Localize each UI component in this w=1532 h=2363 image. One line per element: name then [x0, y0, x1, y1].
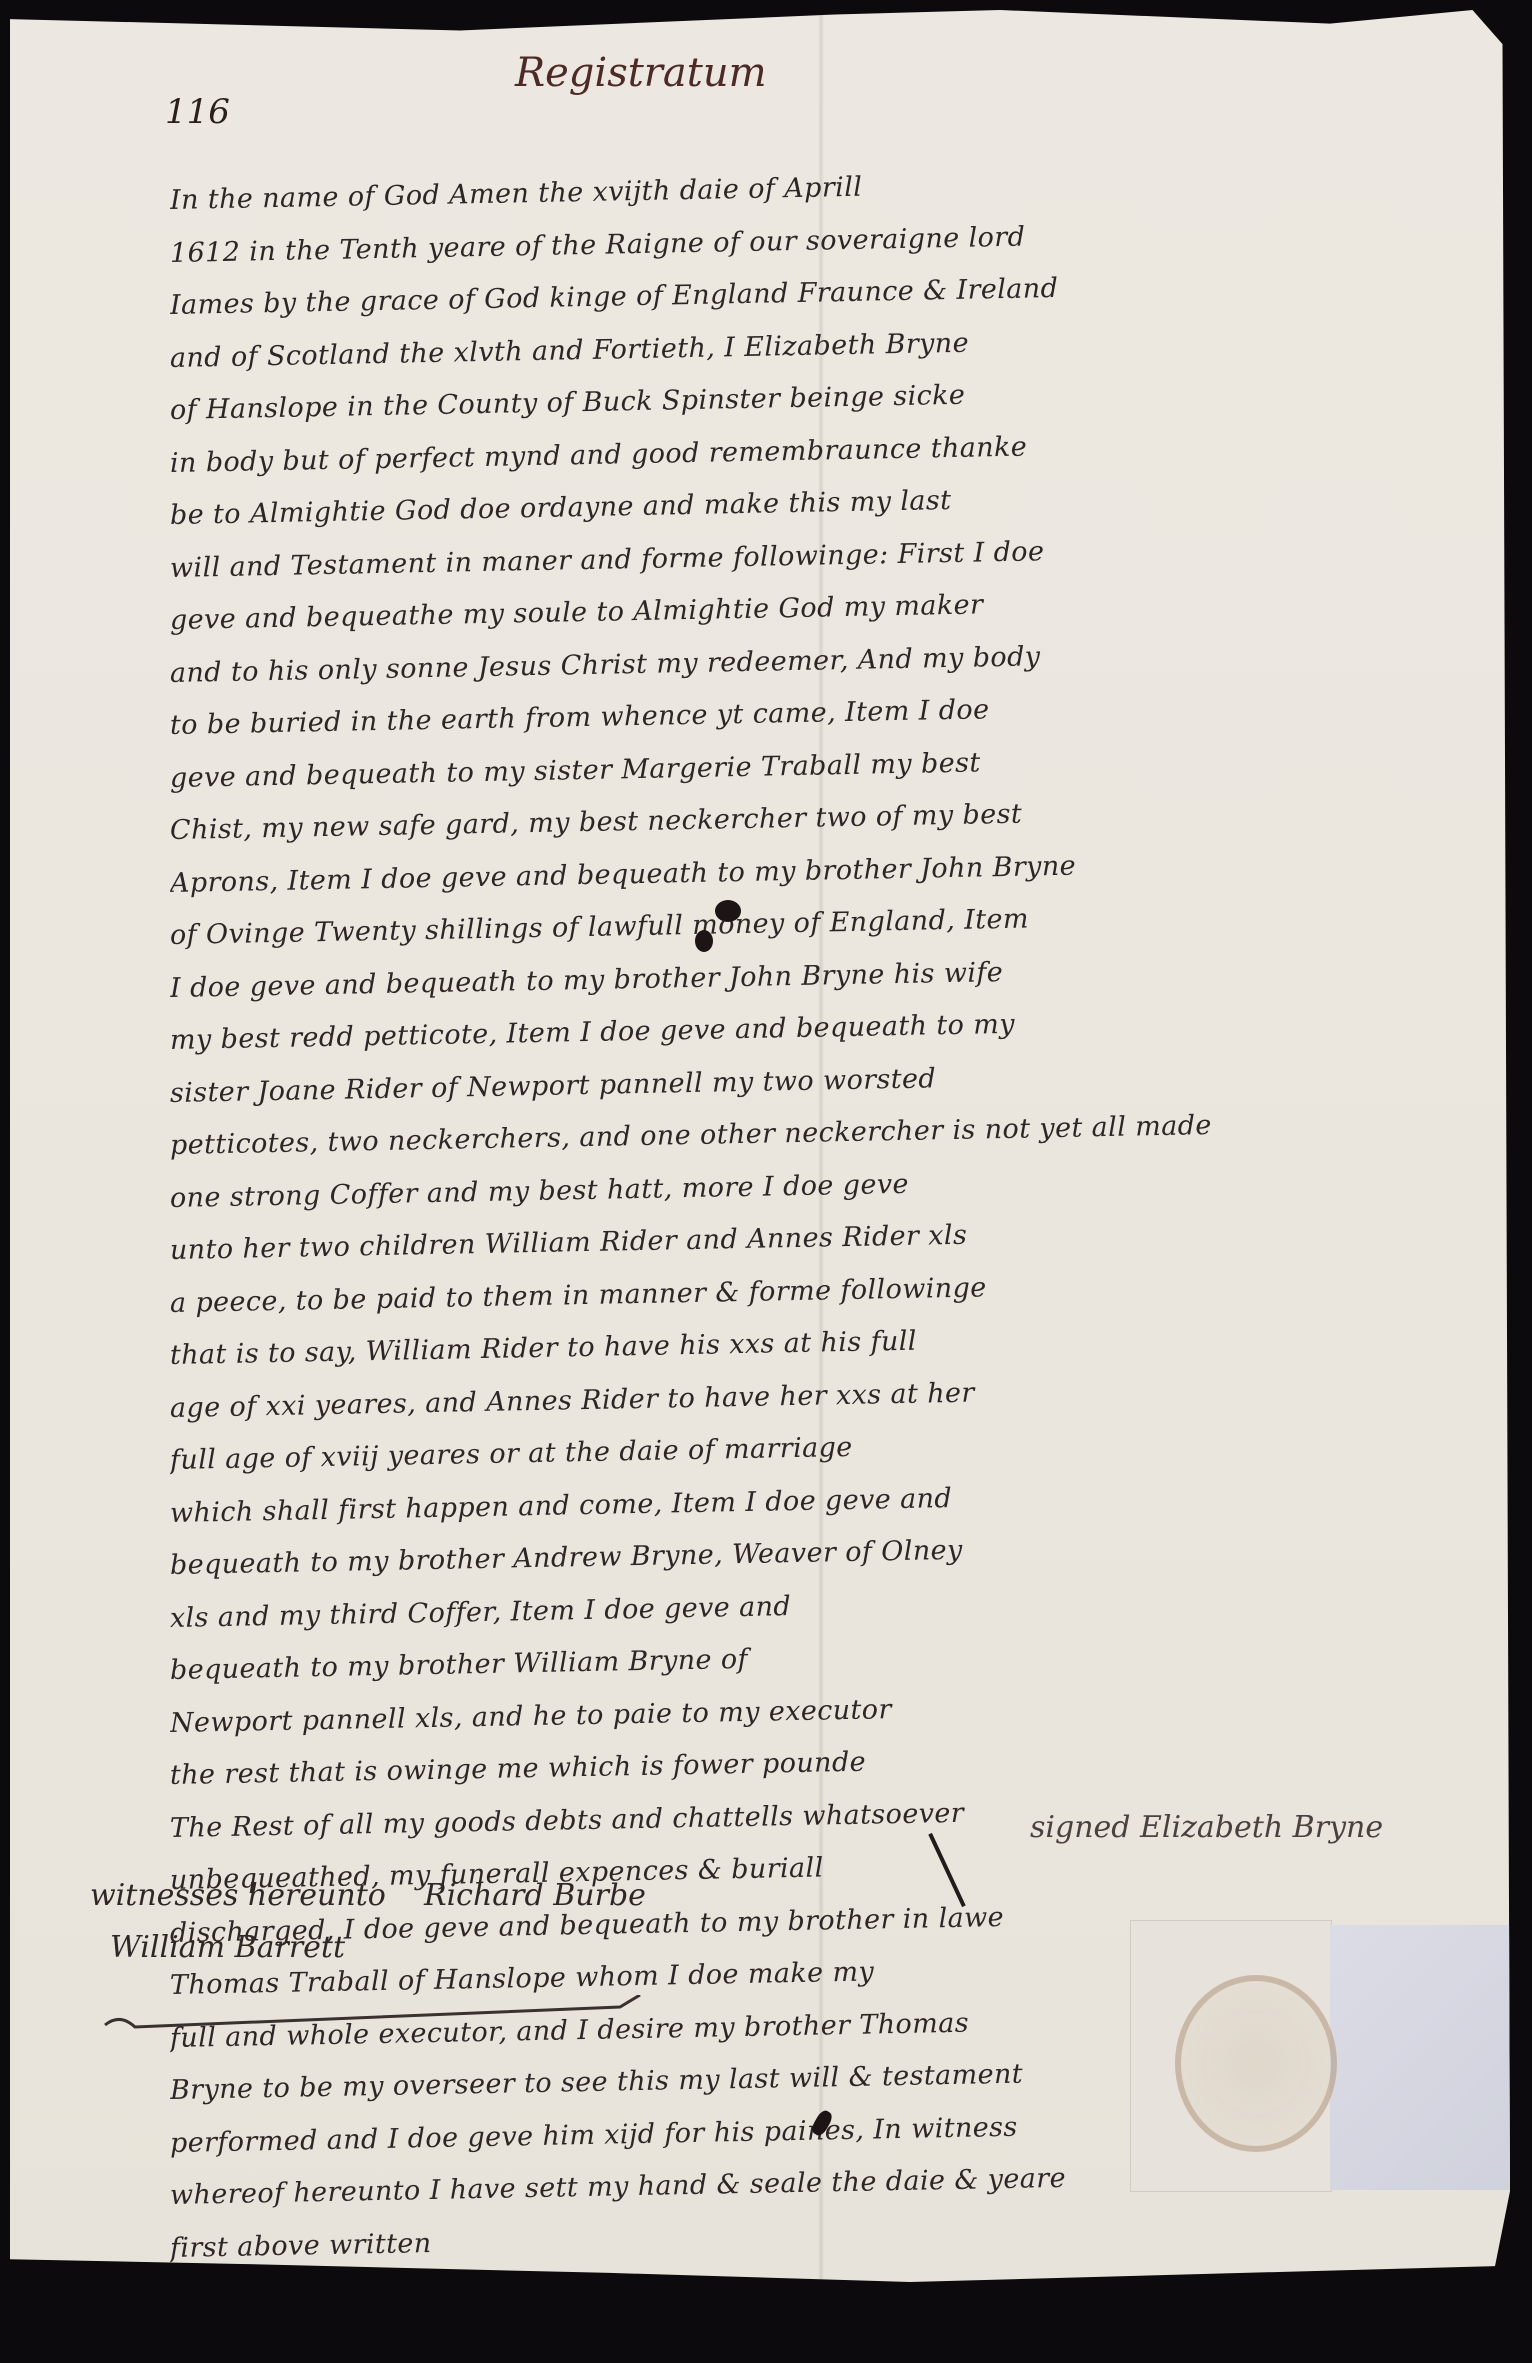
testator-signature: signed Elizabeth Bryne [1030, 1810, 1383, 1845]
ink-blot [715, 900, 741, 922]
witness-flourish-stroke [100, 1995, 660, 2035]
folio-number: 116 [165, 92, 230, 132]
testator-name: Elizabeth Bryne [1140, 1810, 1383, 1845]
witness-block: witnesses hereunto Richard Burbe William… [90, 1870, 646, 1974]
seal-backing-paper [1330, 1925, 1520, 2190]
manuscript-page: Registratum 116 In the name of God Amen … [10, 10, 1510, 2282]
ink-blot [695, 930, 713, 952]
witness-name: Richard Burbe [424, 1878, 646, 1913]
signed-label: signed [1030, 1810, 1130, 1845]
wax-seal-impression [1175, 1975, 1337, 2152]
witness-name: William Barrett [110, 1930, 345, 1965]
witnesses-label: witnesses hereunto [90, 1878, 386, 1913]
registratum-heading: Registratum [515, 50, 767, 96]
